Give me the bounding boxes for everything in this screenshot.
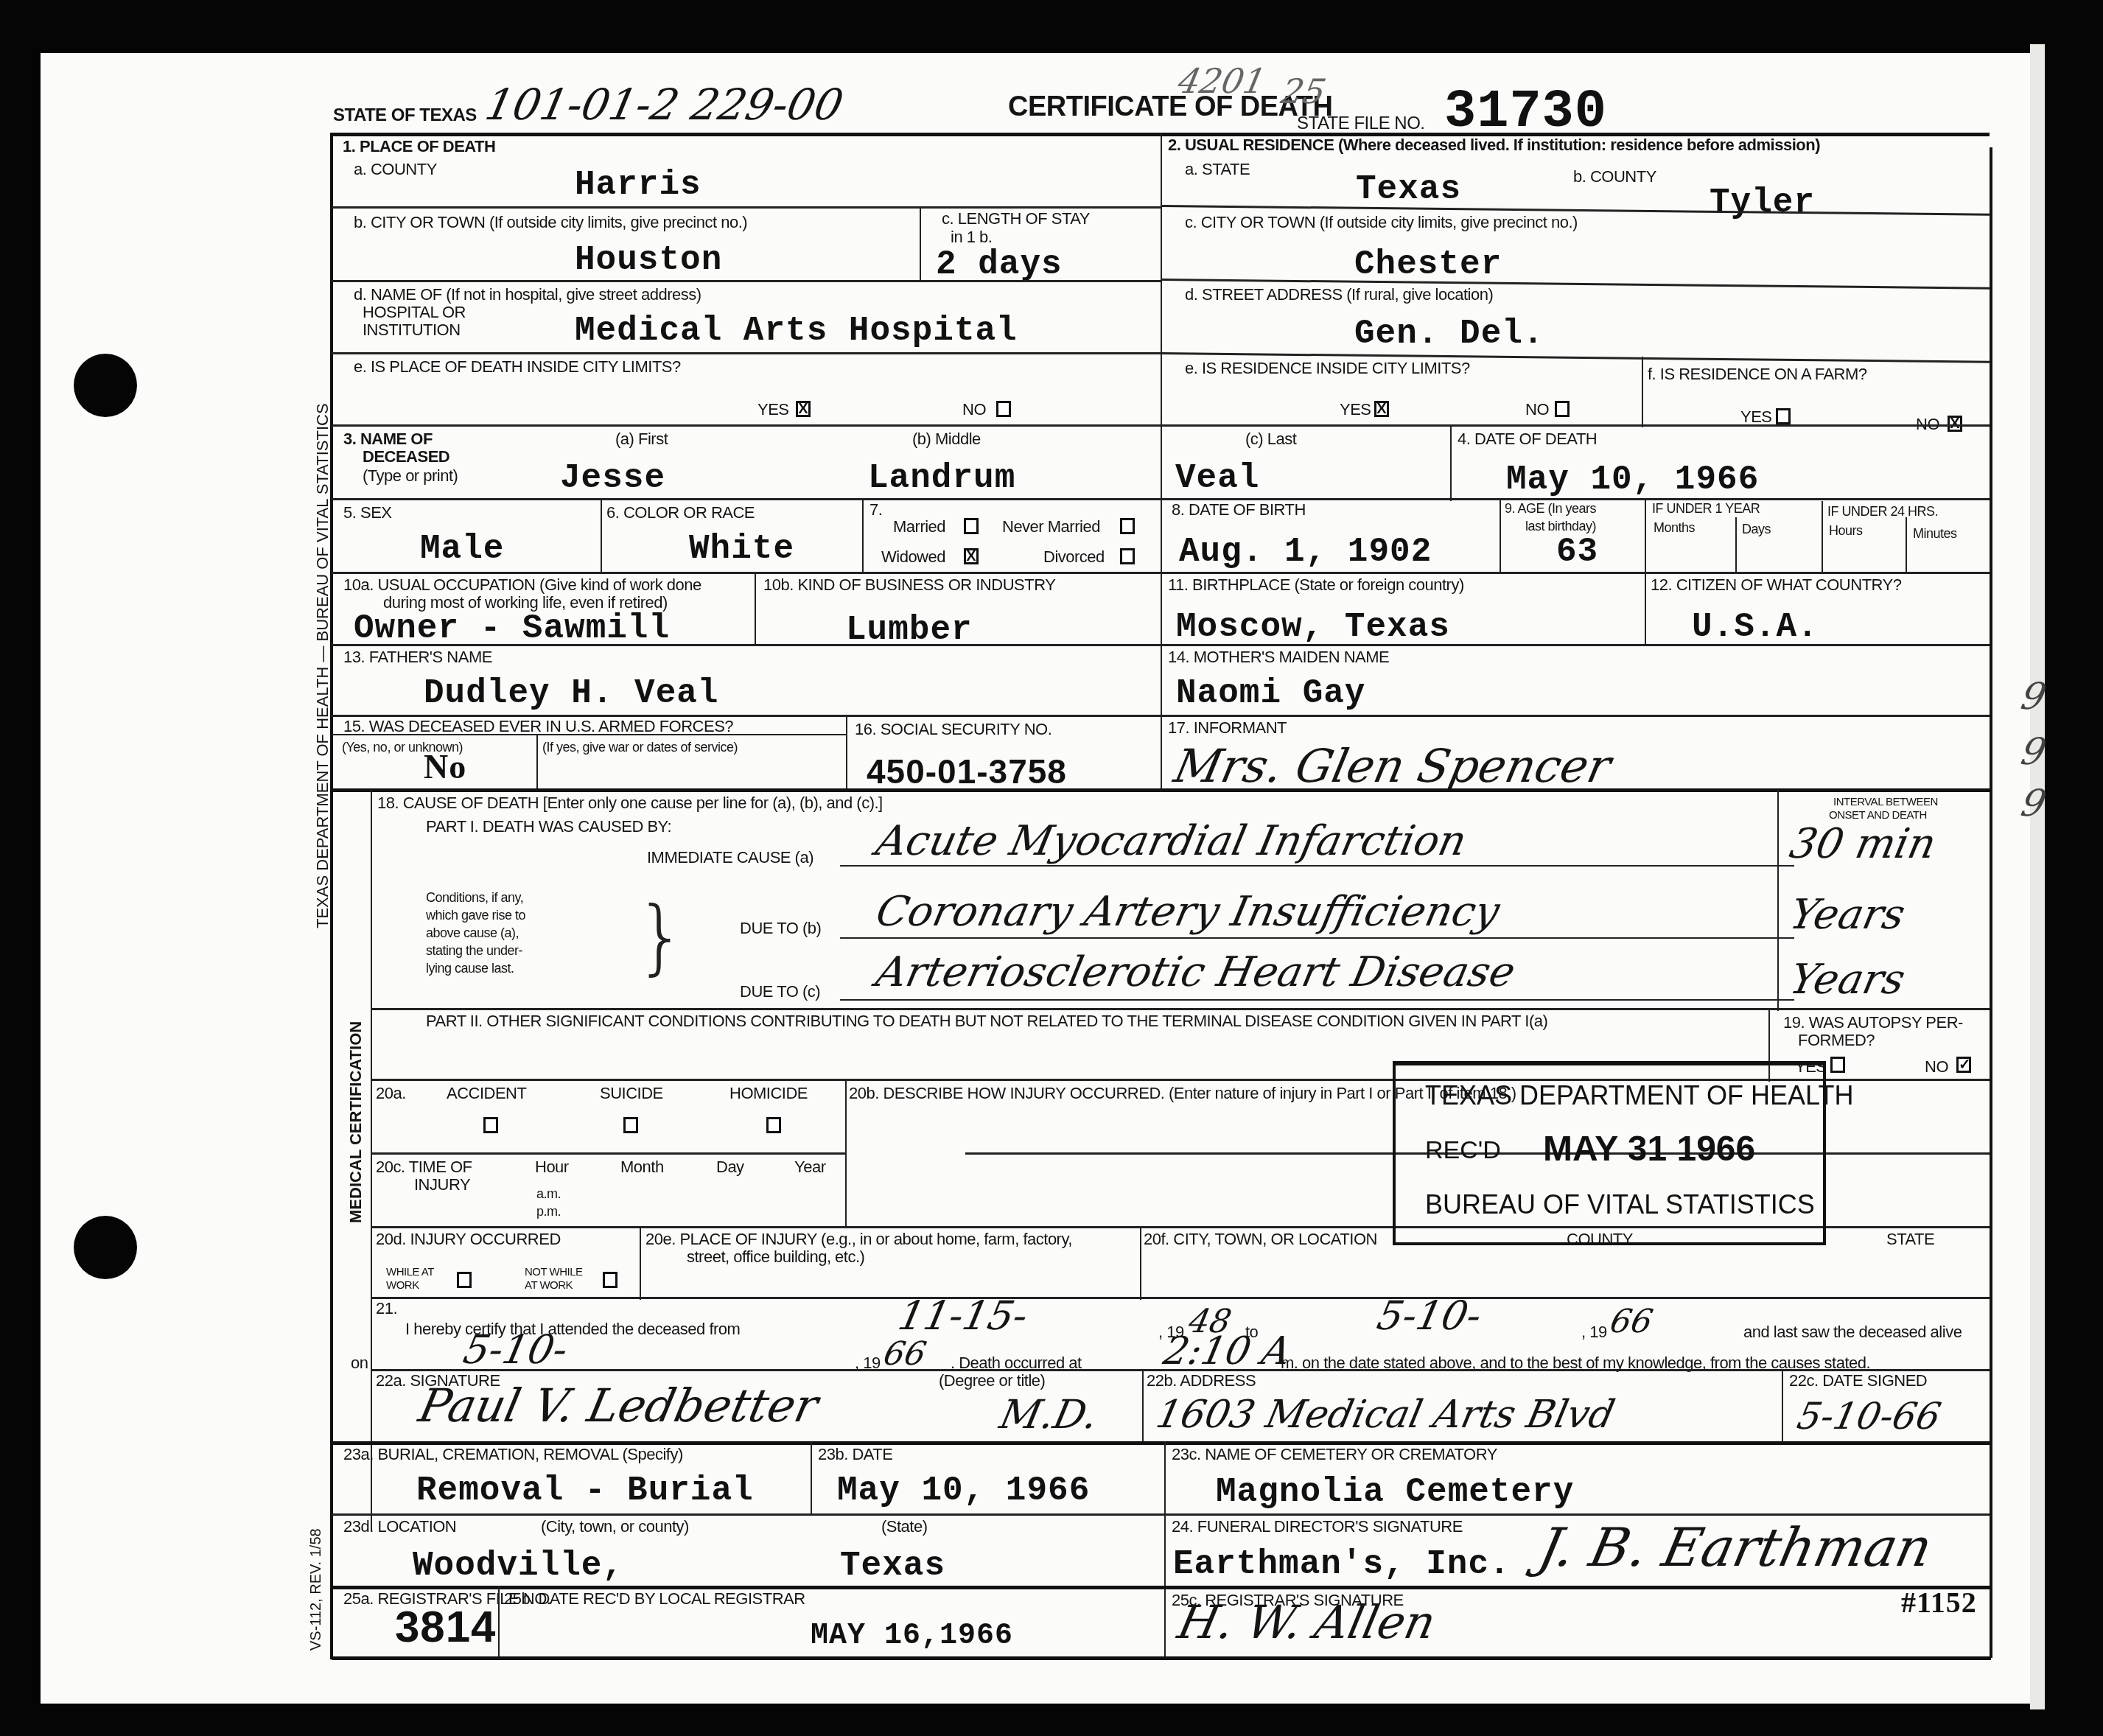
divider <box>1645 498 1646 572</box>
cemetery-value: Magnolia Cemetery <box>1216 1474 1574 1511</box>
homicide-checkbox[interactable] <box>766 1117 781 1133</box>
widowed-checkbox[interactable]: X <box>964 548 979 564</box>
birthplace-label: 11. BIRTHPLACE (State or foreign country… <box>1168 576 1464 594</box>
first-name-label: (a) First <box>615 430 668 448</box>
divider <box>332 644 1990 646</box>
form-revision-side-text: VS-112, REV. 1/58 <box>308 1528 325 1651</box>
residence-city-value: Chester <box>1354 246 1502 283</box>
divorced-checkbox[interactable] <box>1120 548 1135 564</box>
sex-label: 5. SEX <box>343 504 391 522</box>
interval-b-value: Years <box>1786 893 1909 937</box>
autopsy-no-label: NO <box>1925 1058 1948 1076</box>
armed-forces-value: No <box>424 749 466 785</box>
residence-county-value: Tyler <box>1710 184 1815 221</box>
divider <box>332 424 1990 427</box>
farm-yes-checkbox[interactable] <box>1776 408 1791 424</box>
on-text: on <box>351 1354 368 1372</box>
residence-inside-limits-label: e. IS RESIDENCE INSIDE CITY LIMITS? <box>1185 360 1470 377</box>
underline <box>840 937 1794 939</box>
autopsy-sublabel: FORMED? <box>1798 1032 1875 1049</box>
underline <box>840 865 1794 867</box>
ssn-value: 450-01-3758 <box>867 753 1067 790</box>
mothers-name-value: Naomi Gay <box>1176 675 1365 712</box>
divider <box>1782 1369 1783 1443</box>
informant-label: 17. INFORMANT <box>1168 719 1287 737</box>
label-20f: 20f. CITY, TOWN, OR LOCATION <box>1144 1231 1377 1248</box>
farm-no-checkbox[interactable]: X <box>1948 416 1962 432</box>
age-sublabel: last birthday) <box>1525 519 1596 533</box>
sex-value: Male <box>420 531 504 567</box>
hours-label: Hours <box>1829 523 1863 538</box>
divider <box>372 1297 1990 1299</box>
death-city-label: b. CITY OR TOWN (If outside city limits,… <box>354 214 747 231</box>
under-24-hours-label: IF UNDER 24 HRS. <box>1827 504 1938 519</box>
middle-name-label: (b) Middle <box>912 430 981 448</box>
received-stamp: TEXAS DEPARTMENT OF HEALTH REC'D MAY 31 … <box>1393 1061 1826 1245</box>
attended-from-value: 11-15- <box>895 1294 1032 1338</box>
while-at-work-checkbox[interactable] <box>457 1272 472 1288</box>
divider <box>601 498 602 572</box>
due-to-c-value: Arteriosclerotic Heart Disease <box>872 951 1519 995</box>
divider <box>811 1441 812 1515</box>
stamp-date: MAY 31 1966 <box>1543 1129 1755 1169</box>
certificate-page <box>41 53 2030 1704</box>
cause-of-death-label: 18. CAUSE OF DEATH [Enter only one cause… <box>377 794 883 812</box>
center-divider <box>1161 133 1162 788</box>
occupation-value: Owner - Sawmill <box>354 610 670 647</box>
punch-hole-top <box>74 354 137 417</box>
divider <box>640 1226 641 1300</box>
date-recd-label: 25b. DATE REC'D BY LOCAL REGISTRAR <box>504 1590 805 1608</box>
fathers-name-label: 13. FATHER'S NAME <box>343 648 492 666</box>
length-of-stay-label: c. LENGTH OF STAY <box>942 210 1090 228</box>
hour-label: Hour <box>535 1158 569 1176</box>
part1-label: PART I. DEATH WAS CAUSED BY: <box>426 818 671 836</box>
residence-state-label: a. STATE <box>1185 161 1250 178</box>
autopsy-label: 19. WAS AUTOPSY PER- <box>1783 1014 1963 1032</box>
address-label: 22b. ADDRESS <box>1147 1372 1256 1390</box>
conditions-note-2: which gave rise to <box>426 908 525 923</box>
autopsy-yes-checkbox[interactable] <box>1830 1057 1845 1073</box>
state-of-texas-label: STATE OF TEXAS <box>333 107 477 125</box>
state-file-label: STATE FILE NO. <box>1297 115 1424 133</box>
armed-forces-label: 15. WAS DECEASED EVER IN U.S. ARMED FORC… <box>343 718 733 735</box>
residence-street-value: Gen. Del. <box>1354 315 1544 352</box>
to-year-prefix: , 19 <box>1581 1323 1607 1341</box>
location-state-value: Texas <box>840 1547 945 1584</box>
first-name-value: Jesse <box>560 460 665 497</box>
while-at-work-label: WHILE AT <box>386 1266 434 1278</box>
am-label: a.m. <box>536 1186 561 1201</box>
residence-inside-no-checkbox[interactable] <box>1555 401 1570 417</box>
death-inside-yes-label: YES <box>757 401 789 419</box>
divider <box>846 715 847 790</box>
autopsy-no-checkbox[interactable]: ✓ <box>1956 1057 1971 1073</box>
immediate-cause-value: Acute Myocardial Infarction <box>872 819 1471 864</box>
brace-icon: } <box>635 896 687 977</box>
date-signed-value: 5-10-66 <box>1794 1394 1945 1438</box>
name-of-deceased-label-3: (Type or print) <box>363 467 458 485</box>
usual-residence-label: 2. USUAL RESIDENCE (Where deceased lived… <box>1168 136 1820 154</box>
date-recd-value: MAY 16,1966 <box>811 1618 1013 1655</box>
armed-forces-sublabel-2: (If yes, give war or dates of service) <box>542 740 738 755</box>
date-of-birth-value: Aug. 1, 1902 <box>1179 533 1432 570</box>
last-seen-value: 5-10- <box>460 1328 572 1372</box>
divider <box>332 280 1161 282</box>
conditions-note-4: stating the under- <box>426 943 522 958</box>
mothers-name-label: 14. MOTHER'S MAIDEN NAME <box>1168 648 1389 666</box>
suicide-label: SUICIDE <box>600 1085 663 1102</box>
due-to-b-label: DUE TO (b) <box>740 920 821 937</box>
hospital-label: d. NAME OF (If not in hospital, give str… <box>354 286 701 304</box>
divider <box>332 572 1990 574</box>
funeral-license-number: #1152 <box>1901 1584 1977 1621</box>
residence-street-label: d. STREET ADDRESS (If rural, give locati… <box>1185 286 1493 304</box>
stamp-recd: REC'D <box>1425 1136 1501 1165</box>
length-of-stay-value: 2 days <box>936 246 1063 283</box>
cemetery-label: 23c. NAME OF CEMETERY OR CREMATORY <box>1172 1446 1497 1463</box>
label-20e-2: street, office building, etc.) <box>687 1248 864 1266</box>
divider <box>1645 572 1646 645</box>
citizen-value: U.S.A. <box>1692 609 1819 645</box>
death-inside-yes-checkbox[interactable]: X <box>796 401 811 417</box>
residence-county-label: b. COUNTY <box>1573 168 1656 186</box>
hospital-value: Medical Arts Hospital <box>575 312 1018 349</box>
not-while-at-work-label-2: AT WORK <box>525 1279 573 1292</box>
length-of-stay-sublabel: in 1 b. <box>951 228 992 246</box>
divider <box>845 1079 847 1228</box>
label-21: 21. <box>376 1300 397 1317</box>
last-saw-text: and last saw the deceased alive <box>1743 1323 1962 1341</box>
registrar-signature: H. W. Allen <box>1175 1600 1440 1645</box>
handwritten-note-1: 4201 <box>1175 59 1270 103</box>
divider <box>755 572 756 645</box>
funeral-home-value: Earthman's, Inc. <box>1173 1546 1511 1583</box>
race-value: White <box>689 531 794 567</box>
disposition-method-value: Removal - Burial <box>416 1472 754 1509</box>
disposition-method-label: 23a. BURIAL, CREMATION, REMOVAL (Specify… <box>343 1446 683 1463</box>
ssn-label: 16. SOCIAL SECURITY NO. <box>855 721 1051 738</box>
disposition-date-label: 23b. DATE <box>818 1446 892 1463</box>
homicide-label: HOMICIDE <box>729 1085 808 1102</box>
marital-status-label: 7. <box>869 501 882 519</box>
residence-state-value: Texas <box>1356 171 1461 208</box>
age-label: 9. AGE (In years <box>1505 501 1596 516</box>
date-of-death-label: 4. DATE OF DEATH <box>1458 430 1597 448</box>
due-to-b-value: Coronary Artery Insufficiency <box>872 890 1504 934</box>
stamp-line-1: TEXAS DEPARTMENT OF HEALTH <box>1425 1080 1853 1111</box>
name-of-deceased-label: 3. NAME OF <box>343 430 433 448</box>
divider <box>332 734 847 735</box>
label-20c: 20c. TIME OF <box>376 1158 472 1176</box>
residence-inside-no-label: NO <box>1525 401 1549 419</box>
never-married-label: Never Married <box>1002 518 1100 536</box>
state-label: STATE <box>1886 1231 1934 1248</box>
conditions-note-1: Conditions, if any, <box>426 890 523 905</box>
conditions-note-3: above cause (a), <box>426 925 519 940</box>
interval-label-1: INTERVAL BETWEEN <box>1833 796 1938 808</box>
residence-city-label: c. CITY OR TOWN (If outside city limits,… <box>1185 214 1578 231</box>
age-value: 63 <box>1556 533 1598 570</box>
divider <box>372 1152 845 1155</box>
location-state-label: (State) <box>881 1518 928 1536</box>
accident-checkbox[interactable] <box>483 1117 498 1133</box>
label-20e: 20e. PLACE OF INJURY (e.g., in or about … <box>645 1231 1072 1248</box>
divider <box>1906 517 1907 572</box>
divider <box>1450 424 1452 501</box>
divider <box>332 498 1990 500</box>
left-border <box>330 133 333 1659</box>
divider <box>372 1008 1990 1010</box>
under-1-year-label: IF UNDER 1 YEAR <box>1652 501 1760 516</box>
divider <box>1142 1369 1144 1443</box>
death-county-value: Harris <box>575 167 701 203</box>
divider <box>1735 517 1737 572</box>
paper-edge <box>2030 44 2045 1709</box>
right-border <box>1990 147 1992 1658</box>
underline <box>840 999 1794 1001</box>
divider <box>536 734 538 790</box>
location-label: 23d. LOCATION <box>343 1518 456 1536</box>
date-of-death-value: May 10, 1966 <box>1506 461 1759 498</box>
divider <box>1822 501 1823 572</box>
date-of-birth-label: 8. DATE OF BIRTH <box>1172 501 1306 519</box>
label-20d: 20d. INJURY OCCURRED <box>376 1231 561 1248</box>
funeral-director-label: 24. FUNERAL DIRECTOR'S SIGNATURE <box>1172 1518 1463 1536</box>
divider <box>1164 1441 1166 1656</box>
race-label: 6. COLOR OR RACE <box>606 504 755 522</box>
place-of-death-label: 1. PLACE OF DEATH <box>343 138 495 155</box>
hospital-label-3: INSTITUTION <box>363 321 461 339</box>
never-married-checkbox[interactable] <box>1120 518 1135 534</box>
citizen-label: 12. CITIZEN OF WHAT COUNTRY? <box>1651 576 1901 594</box>
label-20c-2: INJURY <box>414 1176 470 1194</box>
occupation-label: 10a. USUAL OCCUPATION (Give kind of work… <box>343 576 701 594</box>
interval-c-value: Years <box>1786 958 1909 1002</box>
divider <box>1140 1226 1141 1300</box>
suicide-checkbox[interactable] <box>623 1117 638 1133</box>
attended-to-value: 5-10- <box>1374 1294 1486 1338</box>
death-county-label: a. COUNTY <box>354 161 437 178</box>
stamp-line-3: BUREAU OF VITAL STATISTICS <box>1425 1189 1815 1220</box>
punch-hole-bottom <box>74 1216 137 1279</box>
divider <box>862 498 864 572</box>
month-label: Month <box>620 1158 664 1176</box>
conditions-note-5: lying cause last. <box>426 961 514 976</box>
death-inside-limits-label: e. IS PLACE OF DEATH INSIDE CITY LIMITS? <box>354 358 681 376</box>
location-city-label: (City, town, or county) <box>541 1518 689 1536</box>
divider <box>1500 498 1501 572</box>
divider <box>498 1586 500 1656</box>
degree-label: (Degree or title) <box>939 1372 1045 1390</box>
residence-inside-yes-checkbox[interactable]: X <box>1374 401 1389 417</box>
death-inside-no-checkbox[interactable] <box>996 401 1011 417</box>
divider <box>332 788 1990 792</box>
pm-label: p.m. <box>536 1204 561 1219</box>
days-label: Days <box>1742 522 1771 536</box>
residence-inside-yes-label: YES <box>1340 401 1371 419</box>
due-to-c-label: DUE TO (c) <box>740 983 820 1001</box>
divider <box>920 206 921 280</box>
months-label: Months <box>1654 520 1695 535</box>
registrar-file-value: 3814 <box>395 1603 496 1651</box>
last-name-label: (c) Last <box>1245 430 1296 448</box>
death-inside-no-label: NO <box>962 401 986 419</box>
physician-signature: Paul V. Ledbetter <box>416 1384 822 1428</box>
state-file-number: 31730 <box>1444 84 1607 140</box>
divider <box>332 352 1161 354</box>
while-at-work-label-2: WORK <box>386 1279 419 1292</box>
fathers-name-value: Dudley H. Veal <box>424 675 718 712</box>
medical-cert-inner-border <box>371 790 372 1530</box>
immediate-cause-label: IMMEDIATE CAUSE (a) <box>647 849 813 867</box>
divider <box>1642 357 1643 427</box>
married-label: Married <box>893 518 945 536</box>
funeral-director-signature: J. B. Earthman <box>1536 1525 1936 1569</box>
physician-address: 1603 Medical Arts Blvd <box>1152 1393 1619 1437</box>
married-checkbox[interactable] <box>964 518 979 534</box>
name-of-deceased-label-2: DECEASED <box>363 448 449 466</box>
location-city-value: Woodville, <box>413 1547 623 1584</box>
interval-a-value: 30 min <box>1786 822 1940 867</box>
label-20a: 20a. <box>376 1085 406 1102</box>
handwritten-note-2: 25 <box>1278 69 1330 113</box>
bottom-border <box>332 1656 1991 1660</box>
hospital-label-2: HOSPITAL OR <box>363 304 466 321</box>
day-label: Day <box>716 1158 744 1176</box>
death-time-value: 2:10 A <box>1160 1329 1295 1373</box>
minutes-label: Minutes <box>1913 526 1957 541</box>
divider <box>332 1513 1990 1516</box>
disposition-date-value: May 10, 1966 <box>837 1472 1090 1509</box>
attended-text: I hereby certify that I attended the dec… <box>405 1320 740 1338</box>
informant-signature: Mrs. Glen Spencer <box>1171 744 1615 788</box>
widowed-label: Widowed <box>881 548 945 566</box>
middle-name-value: Landrum <box>868 460 1015 497</box>
not-while-at-work-label: NOT WHILE <box>525 1266 583 1278</box>
handwritten-code: 101-01-2 229-00 <box>482 83 847 127</box>
part2-label: PART II. OTHER SIGNIFICANT CONDITIONS CO… <box>426 1012 1547 1030</box>
accident-label: ACCIDENT <box>447 1085 526 1102</box>
death-city-value: Houston <box>575 242 722 279</box>
degree-value: M.D. <box>996 1393 1102 1437</box>
not-while-at-work-checkbox[interactable] <box>603 1272 617 1288</box>
date-signed-label: 22c. DATE SIGNED <box>1789 1372 1927 1390</box>
farm-yes-label: YES <box>1740 408 1772 426</box>
year-label: Year <box>794 1158 825 1176</box>
industry-label: 10b. KIND OF BUSINESS OR INDUSTRY <box>763 576 1055 594</box>
divider <box>332 206 1161 209</box>
divorced-label: Divorced <box>1043 548 1105 566</box>
last-name-value: Veal <box>1175 460 1259 497</box>
farm-label: f. IS RESIDENCE ON A FARM? <box>1648 365 1867 383</box>
birthplace-value: Moscow, Texas <box>1176 609 1450 645</box>
medical-certification-side-text: MEDICAL CERTIFICATION <box>346 1021 365 1223</box>
divider <box>1777 790 1779 1011</box>
industry-value: Lumber <box>846 612 973 648</box>
